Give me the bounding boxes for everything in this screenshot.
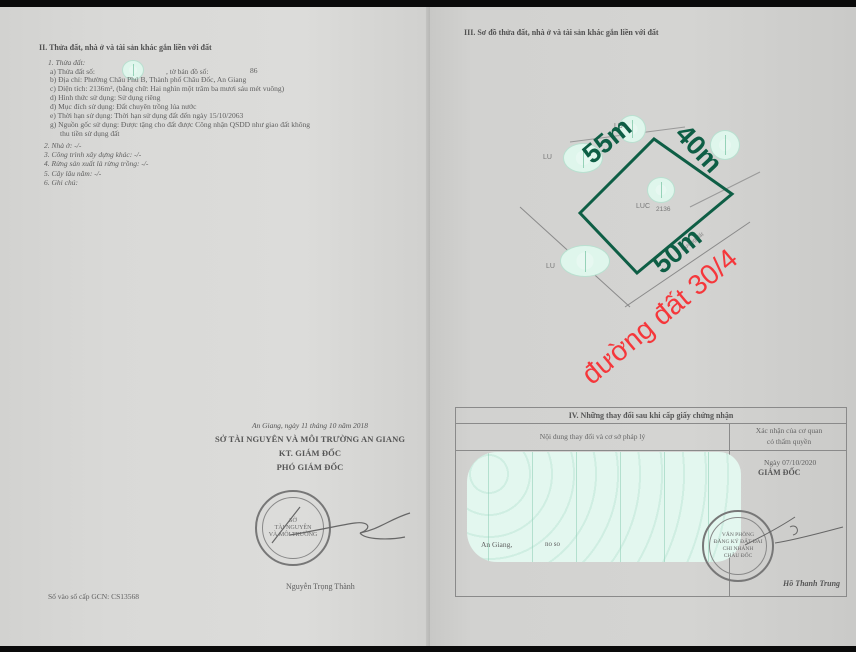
bottom-border [0,646,856,652]
item-other-construction: 3. Công trình xây dựng khác: -/- [44,151,141,159]
issuing-agency: SỞ TÀI NGUYÊN VÀ MÔI TRƯỜNG AN GIANG [190,432,430,446]
confirmation-header-line1: Xác nhận của cơ quan [730,425,848,436]
redaction-leaf-icon [647,177,675,203]
item-notes: 6. Ghi chú: [44,179,78,187]
parcel-code: LUC [636,203,650,210]
partial-ref-text: no so [545,541,560,548]
confirmation-signer: Hồ Thanh Trung [783,580,840,588]
neighbor-label: LU [543,154,552,161]
usage-form-line: d) Hình thức sử dụng: Sử dụng riêng [50,94,160,102]
item-perennial-trees: 5. Cây lâu năm: -/- [44,170,101,178]
handwritten-signature-icon [260,495,420,555]
column-header-changes: Nội dung thay đổi và cơ sở pháp lý [456,424,729,450]
land-heading: 1. Thửa đất: [48,59,85,67]
left-signature-block: An Giang, ngày 11 tháng 10 năm 2018 SỞ T… [190,420,430,474]
registry-number: Số vào sổ cấp GCN: CS13568 [48,593,139,601]
map-sheet-value: 86 [250,67,258,75]
signer-role-1: KT. GIÁM ĐỐC [190,446,430,460]
address-line: b) Địa chỉ: Phường Châu Phú B, Thành phố… [50,76,246,84]
handwritten-signature-icon [735,505,845,555]
issue-date: An Giang, ngày 11 tháng 10 năm 2018 [190,420,430,432]
confirmation-header-line2: có thẩm quyền [730,436,848,447]
section-ii-title: II. Thửa đất, nhà ở và tài sản khác gắn … [39,44,212,52]
confirmation-date: Ngày 07/10/2020 [764,459,816,467]
term-line: e) Thời hạn sử dụng: Thời hạn sử dụng đấ… [50,112,243,120]
signer-role-2: PHÓ GIÁM ĐỐC [190,460,430,474]
area-line: c) Diện tích: 2136m², (bằng chữ: Hai ngh… [50,85,284,93]
redaction-leaf-icon [560,245,610,277]
changes-table-title: IV. Những thay đổi sau khi cấp giấy chứn… [456,408,846,424]
header-divider [456,450,846,451]
item-house: 2. Nhà ở: -/- [44,142,81,150]
column-header-confirmation: Xác nhận của cơ quan có thẩm quyền [730,425,848,447]
item-planted-forest: 4. Rừng sản xuất là rừng trồng: -/- [44,160,148,168]
purpose-line: đ) Mục đích sử dụng: Đất chuyên trồng lú… [50,103,196,111]
signer-name: Nguyễn Trọng Thành [286,583,355,591]
parcel-area: 2136 [656,207,670,214]
origin-line-1: g) Nguồn gốc sử dụng: Được tặng cho đất … [50,121,310,129]
origin-line-2: thu tiền sử dụng đất [60,130,119,138]
partial-location-text: An Giang, [481,541,512,549]
neighbor-label: LU [546,263,555,270]
confirmation-role: GIÁM ĐỐC [758,469,800,477]
